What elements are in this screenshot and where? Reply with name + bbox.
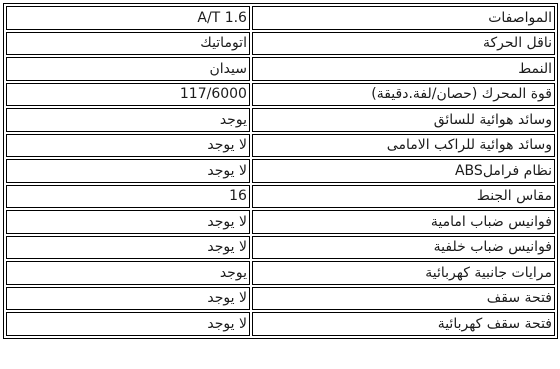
spec-value-cell: لا يوجد [6, 134, 250, 158]
spec-value-cell: لا يوجد [6, 312, 250, 336]
table-row: فوانيس ضباب امامية لا يوجد [6, 210, 555, 234]
spec-label-cell: المواصفات [252, 6, 555, 30]
spec-label-cell: وسائد هوائية للسائق [252, 108, 555, 132]
spec-value-cell: لا يوجد [6, 159, 250, 183]
spec-label-cell: فتحة سقف كهربائية [252, 312, 555, 336]
spec-value-cell: 16 [6, 185, 250, 209]
specs-table: المواصفات 1.6 A/T ناقل الحركة اتوماتيك ا… [3, 3, 558, 339]
spec-label-cell: مرايات جانبية كهربائية [252, 261, 555, 285]
spec-value-cell: لا يوجد [6, 287, 250, 311]
spec-value-cell: لا يوجد [6, 210, 250, 234]
spec-value-cell: لا يوجد [6, 236, 250, 260]
table-row: المواصفات 1.6 A/T [6, 6, 555, 30]
spec-label-cell: قوة المحرك (حصان/لفة.دقيقة) [252, 83, 555, 107]
spec-label-cell: فتحة سقف [252, 287, 555, 311]
spec-label-cell: فوانيس ضباب امامية [252, 210, 555, 234]
spec-value-cell: 1.6 A/T [6, 6, 250, 30]
spec-value-cell: يوجد [6, 261, 250, 285]
table-row: مرايات جانبية كهربائية يوجد [6, 261, 555, 285]
page: { "page": { "background": "#ffffff" }, "… [0, 0, 560, 369]
table-row: فوانيس ضباب خلفية لا يوجد [6, 236, 555, 260]
table-row: وسائد هوائية للسائق يوجد [6, 108, 555, 132]
spec-label-cell: فوانيس ضباب خلفية [252, 236, 555, 260]
spec-value-cell: يوجد [6, 108, 250, 132]
spec-label-cell: مقاس الجنط [252, 185, 555, 209]
spec-label-cell: ناقل الحركة [252, 32, 555, 56]
table-row: فتحة سقف كهربائية لا يوجد [6, 312, 555, 336]
table-row: النمط سيدان [6, 57, 555, 81]
spec-value-cell: سيدان [6, 57, 250, 81]
table-row: ناقل الحركة اتوماتيك [6, 32, 555, 56]
table-row: نظام فراملABS لا يوجد [6, 159, 555, 183]
table-row: فتحة سقف لا يوجد [6, 287, 555, 311]
spec-label-cell: نظام فراملABS [252, 159, 555, 183]
table-row: مقاس الجنط 16 [6, 185, 555, 209]
spec-label-cell: النمط [252, 57, 555, 81]
table-row: قوة المحرك (حصان/لفة.دقيقة) 117/6000 [6, 83, 555, 107]
spec-value-cell: اتوماتيك [6, 32, 250, 56]
specs-table-body: المواصفات 1.6 A/T ناقل الحركة اتوماتيك ا… [6, 6, 555, 336]
table-row: وسائد هوائية للراكب الامامى لا يوجد [6, 134, 555, 158]
spec-value-cell: 117/6000 [6, 83, 250, 107]
spec-label-cell: وسائد هوائية للراكب الامامى [252, 134, 555, 158]
